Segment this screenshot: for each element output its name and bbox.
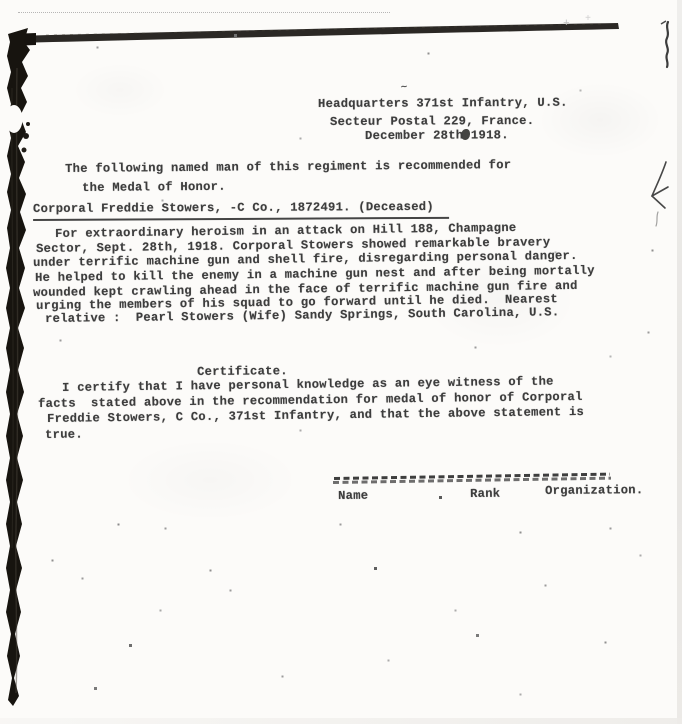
scanned-document-page: ~ + + Headquarters 371st Infantry, U.S. … — [0, 0, 682, 724]
pencil-tick-mark: ~ — [400, 82, 408, 95]
name-label: Name — [338, 490, 368, 502]
letterhead-postal-line: Secteur Postal 229, France. — [330, 115, 534, 128]
intro-line-1: The following named man of this regiment… — [65, 159, 511, 175]
margin-squiggle-mark — [660, 20, 674, 70]
scan-right-edge — [677, 0, 682, 724]
letterhead-date-line: December 28th 1918. — [365, 129, 509, 142]
scan-speckles — [0, 0, 1, 1]
letterhead-unit-line: Headquarters 371st Infantry, U.S. — [318, 97, 568, 110]
scan-bottom-edge — [0, 718, 682, 724]
certificate-line-4: true. — [45, 429, 83, 441]
organization-label: Organization. — [545, 484, 643, 497]
rank-label: Rank — [470, 488, 500, 500]
subject-line: Corporal Freddie Stowers, -C Co., 187249… — [33, 201, 449, 221]
margin-arrow-mark — [634, 158, 680, 228]
intro-line-2: the Medal of Honor. — [82, 181, 226, 194]
scan-binding-edge — [4, 28, 34, 708]
scan-dotted-line — [18, 12, 390, 13]
faint-plus-mark: + — [563, 18, 570, 30]
faint-plus-mark-2: + — [585, 14, 591, 25]
certificate-title: Certificate. — [197, 365, 288, 378]
scan-top-edge — [6, 20, 622, 46]
